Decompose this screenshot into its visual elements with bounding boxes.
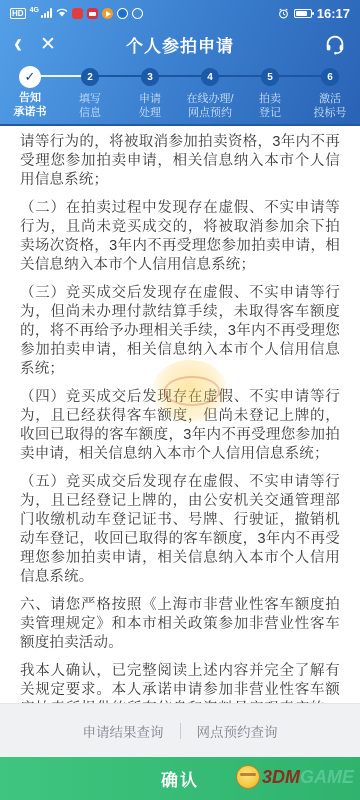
progress-stepper: ✓ 告知承诺书 2 填写信息 3 申请处理: [0, 62, 360, 124]
app-screen: HD 4G: [0, 0, 360, 800]
battery-icon: [294, 9, 312, 18]
confirm-button-label: 确认: [161, 766, 199, 791]
hd-icon: HD: [10, 8, 26, 19]
query-links-bar: 申请结果查询 网点预约查询: [0, 703, 360, 757]
step-label: 激活投标号: [314, 92, 347, 120]
step-label: 填写信息: [79, 92, 101, 120]
agreement-paragraph: （四）竞买成交后发现存在虚假、不实申请等行为，且已经获得客车额度，但尚未登记上牌…: [20, 388, 340, 464]
step-check-icon: ✓: [19, 66, 41, 88]
app-notification-icon-3: [117, 8, 128, 19]
signal-strength-icon: [41, 8, 52, 18]
confirm-button[interactable]: 确认: [0, 757, 360, 800]
app-notification-icon-2: [87, 8, 98, 19]
back-chevron-icon[interactable]: ‹: [14, 30, 22, 59]
step-online-or-branch[interactable]: 4 在线办理/网点预约: [180, 65, 240, 120]
nav-bar: ‹ ✕ 个人参拍申请: [0, 26, 360, 62]
agreement-paragraph: （三）竞买成交后发现存在虚假、不实申请等行为，但尚未办理付款结算手续，未取得客车…: [20, 284, 340, 379]
4g-icon: 4G: [30, 7, 39, 14]
close-icon[interactable]: ✕: [40, 35, 56, 54]
step-auction-registration[interactable]: 5 拍卖登记: [240, 65, 300, 120]
step-number: 2: [81, 68, 99, 86]
agreement-paragraph: （二）在拍卖过程中发现存在虚假、不实申请等行为，且尚未竞买成交的，将被取消参加余…: [20, 199, 340, 275]
status-icons-right: 16:17: [278, 6, 350, 21]
step-number: 6: [321, 68, 339, 86]
alarm-clock-icon: [278, 8, 289, 19]
status-bar: HD 4G: [0, 0, 360, 26]
step-number: 4: [201, 68, 219, 86]
application-result-query-link[interactable]: 申请结果查询: [83, 721, 164, 741]
step-fill-info[interactable]: 2 填写信息: [60, 65, 120, 120]
step-application-processing[interactable]: 3 申请处理: [120, 65, 180, 120]
status-time: 16:17: [317, 6, 350, 21]
step-label: 拍卖登记: [259, 92, 281, 120]
step-label: 在线办理/网点预约: [186, 92, 233, 120]
agreement-text-area[interactable]: 请等行为的，将被取消参加拍卖资格，3年内不再受理您参加拍卖申请，相关信息纳入本市…: [0, 128, 360, 703]
app-notification-icon-1: [72, 8, 83, 19]
link-divider: [180, 723, 181, 739]
customer-service-headset-icon[interactable]: [324, 33, 346, 55]
branch-reservation-query-link[interactable]: 网点预约查询: [197, 721, 278, 741]
step-activate-bid-number[interactable]: 6 激活投标号: [300, 65, 360, 120]
agreement-paragraph: 请等行为的，将被取消参加拍卖资格，3年内不再受理您参加拍卖申请，相关信息纳入本市…: [20, 133, 340, 190]
wifi-icon: [56, 8, 68, 18]
status-icons-left: HD 4G: [10, 8, 143, 19]
agreement-paragraph: 我本人确认，已完整阅读上述内容并完全了解有关规定要求。本人承诺申请参加非营业性客…: [20, 662, 340, 703]
step-number: 5: [261, 68, 279, 86]
app-notification-icon-4: [132, 8, 143, 19]
header-block: HD 4G: [0, 0, 360, 126]
step-number: 3: [141, 68, 159, 86]
step-notice-commitment[interactable]: ✓ 告知承诺书: [0, 65, 60, 120]
play-notification-icon: [102, 8, 113, 19]
agreement-paragraph: 六、请您严格按照《上海市非营业性客车额度拍卖管理规定》和本市相关政策参加非营业性…: [20, 596, 340, 653]
step-label: 申请处理: [139, 92, 161, 120]
step-label: 告知承诺书: [14, 91, 47, 119]
agreement-paragraph: （五）竞买成交后发现存在虚假、不实申请等行为，且已经登记上牌的，由公安机关交通管…: [20, 473, 340, 587]
